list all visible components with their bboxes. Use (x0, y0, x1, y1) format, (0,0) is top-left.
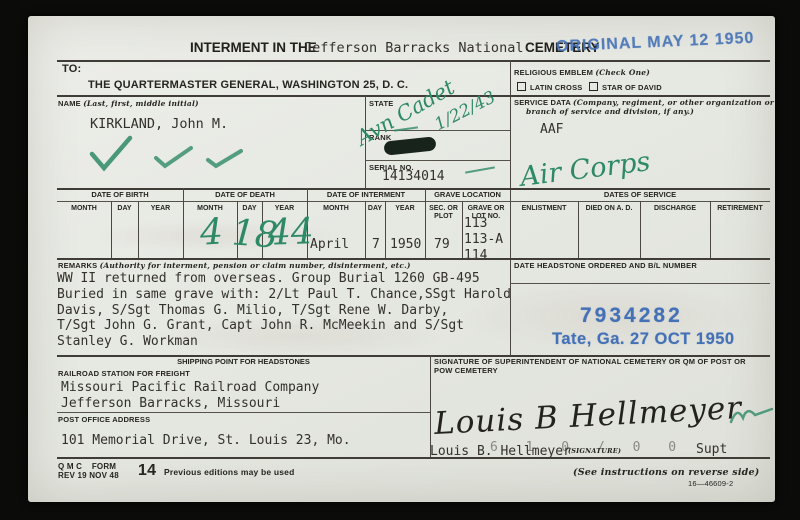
green-scribble-mark (728, 402, 776, 428)
air-corps-handwriting: Air Corps (519, 146, 652, 193)
form-word: FORM (92, 462, 116, 471)
service-data-note1: (Company, regiment, or other organizatio… (573, 98, 774, 107)
cemetery-name: Jefferson Barracks National (304, 40, 523, 56)
recipient: THE QUARTERMASTER GENERAL, WASHINGTON 25… (88, 79, 408, 91)
service-data-label: SERVICE DATA (Company, regiment, or othe… (514, 98, 774, 107)
original-date-stamp: ORIGINAL MAY 12 1950 (556, 30, 755, 57)
lot-value-2: 113-A (464, 232, 503, 247)
retirement-col: RETIREMENT (710, 205, 770, 213)
divider (57, 201, 770, 202)
divider (57, 457, 770, 459)
photo-background: { "colors": { "background": "#0b0b09", "… (0, 0, 800, 520)
green-check-mark (153, 144, 195, 170)
divider (425, 188, 426, 258)
name-note: (Last, first, middle initial) (83, 99, 199, 108)
green-check-mark (88, 134, 134, 172)
green-check-mark (205, 148, 245, 170)
reverse-side-note: (See instructions on reverse side) (573, 467, 759, 478)
remarks-label-text: REMARKS (58, 261, 97, 270)
form-revision: REV 19 NOV 48 (58, 471, 119, 480)
grave-location-title: GRAVE LOCATION (425, 191, 510, 199)
sec-or-plot-col: SEC. OR PLOT (425, 205, 462, 221)
lot-value-1: 113 (464, 216, 487, 231)
enlistment-col: ENLISTMENT (510, 205, 578, 213)
green-dash-mark (465, 166, 495, 173)
divider (183, 188, 184, 258)
form-org-text: Q M C (58, 462, 82, 471)
death-year-handwriting: 44 (267, 211, 314, 254)
headstone-ordered-label: DATE HEADSTONE ORDERED AND B/L NUMBER (514, 261, 697, 270)
to-label: TO: (62, 63, 81, 75)
divider (430, 355, 431, 457)
remarks-line: Buried in same grave with: 2/Lt Paul T. … (57, 287, 511, 302)
religious-emblem-note: (Check One) (595, 68, 650, 77)
date-of-death-title: DATE OF DEATH (183, 191, 307, 199)
railroad-value-line2: Jefferson Barracks, Missouri (61, 396, 280, 411)
death-month-handwriting: 4 (199, 211, 224, 253)
name-value: KIRKLAND, John M. (90, 116, 228, 132)
birth-day-col: DAY (111, 205, 138, 213)
discharge-col: DISCHARGE (640, 205, 710, 213)
date-of-birth-title: DATE OF BIRTH (57, 191, 183, 199)
post-office-label: POST OFFICE ADDRESS (58, 415, 150, 424)
service-data-note2: branch of service and division, if any.) (526, 107, 694, 116)
service-data-label-text: SERVICE DATA (514, 98, 571, 107)
railroad-value-line1: Missouri Pacific Railroad Company (61, 380, 319, 395)
previous-editions-note: Previous editions may be used (164, 467, 295, 477)
headstone-place-date-stamp: Tate, Ga. 27 OCT 1950 (552, 330, 735, 349)
name-label-text: NAME (58, 99, 81, 108)
date-of-interment-title: DATE OF INTERMENT (307, 191, 425, 199)
interment-day-value: 7 (372, 237, 380, 252)
divider (365, 160, 510, 161)
service-branch-value: AAF (540, 122, 563, 137)
lot-value-3: 114 (464, 248, 487, 263)
interment-month-value: April (310, 237, 349, 252)
remarks-label: REMARKS (Authority for interment, pensio… (58, 261, 411, 270)
superintendent-signature-label: SIGNATURE OF SUPERINTENDENT OF NATIONAL … (434, 357, 764, 375)
remarks-line: Stanley G. Workman (57, 334, 198, 349)
remarks-note: (Authority for interment, pension or cla… (100, 261, 411, 270)
remarks-line: WW II returned from overseas. Group Buri… (57, 271, 480, 286)
dates-of-service-title: DATES OF SERVICE (510, 191, 770, 199)
star-of-david-checkbox (589, 82, 598, 91)
divider (57, 258, 770, 260)
superintendent-role: Supt (696, 442, 727, 457)
birth-year-col: YEAR (138, 205, 183, 213)
plot-value: 79 (434, 237, 450, 252)
remarks-line: T/Sgt John G. Grant, Capt John R. McMeek… (57, 318, 464, 333)
interment-year-value: 1950 (390, 237, 421, 252)
form-org: Q M C FORM (58, 462, 116, 471)
remarks-line: Davis, S/Sgt Thomas G. Milio, T/Sgt Rene… (57, 303, 448, 318)
railroad-station-label: RAILROAD STATION FOR FREIGHT (58, 369, 190, 378)
interment-card: INTERMENT IN THE Jefferson Barracks Nati… (28, 16, 775, 502)
post-office-value: 101 Memorial Drive, St. Louis 23, Mo. (61, 433, 351, 448)
latin-cross-checkbox (517, 82, 526, 91)
divider (510, 283, 770, 284)
divider (57, 60, 770, 62)
interment-month-col: MONTH (307, 205, 365, 213)
serial-no-value: 14134014 (382, 169, 445, 184)
birth-month-col: MONTH (57, 205, 111, 213)
name-label: NAME (Last, first, middle initial) (58, 99, 199, 108)
form-number: 14 (138, 462, 156, 480)
superintendent-signature-script: Louis B Hellmeyer (433, 390, 743, 442)
form-title-prefix: INTERMENT IN THE (190, 40, 317, 55)
headstone-number-stamp: 7934282 (580, 304, 683, 328)
signature-caption: (SIGNATURE) (568, 447, 621, 455)
shipping-point-title: SHIPPING POINT FOR HEADSTONES (57, 358, 430, 366)
print-code: 16—46609-2 (688, 479, 733, 488)
religious-emblem-label-text: RELIGIOUS EMBLEM (514, 68, 593, 77)
death-day-col: DAY (237, 205, 262, 213)
interment-year-col: YEAR (385, 205, 425, 213)
religious-emblem-label: RELIGIOUS EMBLEM (Check One) (514, 68, 650, 77)
latin-cross-label: LATIN CROSS (530, 83, 582, 92)
star-of-david-label: STAR OF DAVID (602, 83, 662, 92)
interment-day-col: DAY (365, 205, 385, 213)
died-on-ad-col: DIED ON A. D. (578, 205, 640, 213)
divider (57, 412, 430, 413)
